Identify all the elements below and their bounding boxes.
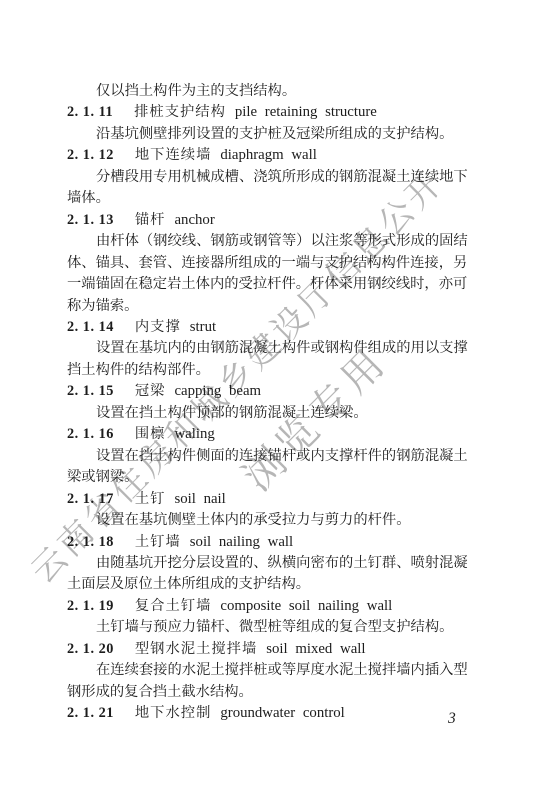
term-number: 2. 1. 15: [67, 383, 114, 399]
page-number: 3: [448, 710, 456, 728]
term-number: 2. 1. 21: [67, 705, 114, 721]
term-name-cn: 土钉墙: [135, 534, 181, 550]
term-heading: 2. 1. 20型钢水泥土搅拌墙soil mixed wall: [67, 639, 470, 660]
text-line: 在连续套接的水泥土搅拌桩或等厚度水泥土搅拌墙内插入型: [67, 660, 470, 681]
text-line: 挡土构件的结构部件。: [67, 360, 470, 381]
term-heading: 2. 1. 14内支撑strut: [67, 317, 470, 338]
term-number: 2. 1. 17: [67, 491, 114, 507]
text-line: 分槽段用专用机械成槽、浇筑所形成的钢筋混凝土连续地下: [67, 167, 470, 188]
term-heading: 2. 1. 16围檩waling: [67, 424, 470, 445]
term-heading: 2. 1. 18土钉墙soil nailing wall: [67, 532, 470, 553]
text-line: 梁或钢梁。: [67, 467, 470, 488]
term-name-cn: 复合土钉墙: [135, 598, 211, 614]
term-name-cn: 冠梁: [135, 383, 166, 399]
text-line: 由杆体（钢绞线、钢筋或钢管等）以注浆等形式形成的固结: [67, 231, 470, 252]
term-heading: 2. 1. 11排桩支护结构pile retaining structure: [67, 102, 470, 123]
term-number: 2. 1. 13: [67, 212, 114, 228]
text-line: 设置在挡土构件侧面的连接锚杆或内支撑杆件的钢筋混凝土: [67, 446, 470, 467]
term-heading: 2. 1. 19复合土钉墙composite soil nailing wall: [67, 596, 470, 617]
term-name-en: groundwater control: [220, 705, 344, 721]
term-name-en: diaphragm wall: [220, 147, 316, 163]
term-number: 2. 1. 20: [67, 641, 114, 657]
term-number: 2. 1. 16: [67, 426, 114, 442]
term-name-cn: 型钢水泥土搅拌墙: [135, 641, 257, 657]
term-number: 2. 1. 18: [67, 534, 114, 550]
term-name-en: strut: [190, 319, 216, 335]
term-number: 2. 1. 14: [67, 319, 114, 335]
term-name-cn: 地下水控制: [135, 705, 211, 721]
text-line: 由随基坑开挖分层设置的、纵横向密布的土钉群、喷射混凝: [67, 553, 470, 574]
term-name-cn: 土钉: [135, 491, 166, 507]
term-name-en: soil nail: [174, 491, 225, 507]
text-line: 设置在挡土构件顶部的钢筋混凝土连续梁。: [67, 403, 470, 424]
text-line: 称为锚索。: [67, 296, 470, 317]
term-name-cn: 围檩: [135, 426, 166, 442]
terminology-text-block: 仅以挡土构件为主的支挡结构。 2. 1. 11排桩支护结构pile retain…: [67, 81, 470, 725]
text-line: 设置在基坑内的由钢筋混凝土构件或钢构件组成的用以支撑: [67, 338, 470, 359]
term-name-cn: 地下连续墙: [135, 147, 211, 163]
text-line: 体、锚具、套管、连接器所组成的一端与支护结构构件连接，另: [67, 253, 470, 274]
term-name-en: pile retaining structure: [235, 104, 377, 120]
term-name-en: anchor: [174, 212, 214, 228]
term-name-cn: 内支撑: [135, 319, 181, 335]
term-number: 2. 1. 11: [67, 104, 113, 120]
text-line: 墙体。: [67, 188, 470, 209]
term-heading: 2. 1. 13锚杆anchor: [67, 210, 470, 231]
term-heading: 2. 1. 17土钉soil nail: [67, 489, 470, 510]
document-page: 云南省住房和城乡建设厅信息公开 浏览专用 仅以挡土构件为主的支挡结构。 2. 1…: [0, 0, 536, 793]
text-line: 设置在基坑侧壁土体内的承受拉力与剪力的杆件。: [67, 510, 470, 531]
term-heading: 2. 1. 21地下水控制groundwater control: [67, 703, 470, 724]
term-name-cn: 锚杆: [135, 212, 166, 228]
text-line: 沿基坑侧壁排列设置的支护桩及冠梁所组成的支护结构。: [67, 124, 470, 145]
term-name-en: composite soil nailing wall: [220, 598, 392, 614]
term-heading: 2. 1. 12地下连续墙diaphragm wall: [67, 145, 470, 166]
term-name-en: waling: [174, 426, 214, 442]
text-line: 土面层及原位土体所组成的支护结构。: [67, 574, 470, 595]
term-name-en: soil nailing wall: [190, 534, 293, 550]
text-line: 土钉墙与预应力锚杆、微型桩等组成的复合型支护结构。: [67, 617, 470, 638]
term-name-en: capping beam: [174, 383, 261, 399]
term-number: 2. 1. 12: [67, 147, 114, 163]
text-line: 一端锚固在稳定岩土体内的受拉杆件。杆体采用钢绞线时，亦可: [67, 274, 470, 295]
text-line: 钢形成的复合挡土截水结构。: [67, 682, 470, 703]
term-name-cn: 排桩支护结构: [134, 104, 226, 120]
term-number: 2. 1. 19: [67, 598, 114, 614]
text-line: 仅以挡土构件为主的支挡结构。: [67, 81, 470, 102]
term-heading: 2. 1. 15冠梁capping beam: [67, 381, 470, 402]
term-name-en: soil mixed wall: [266, 641, 365, 657]
